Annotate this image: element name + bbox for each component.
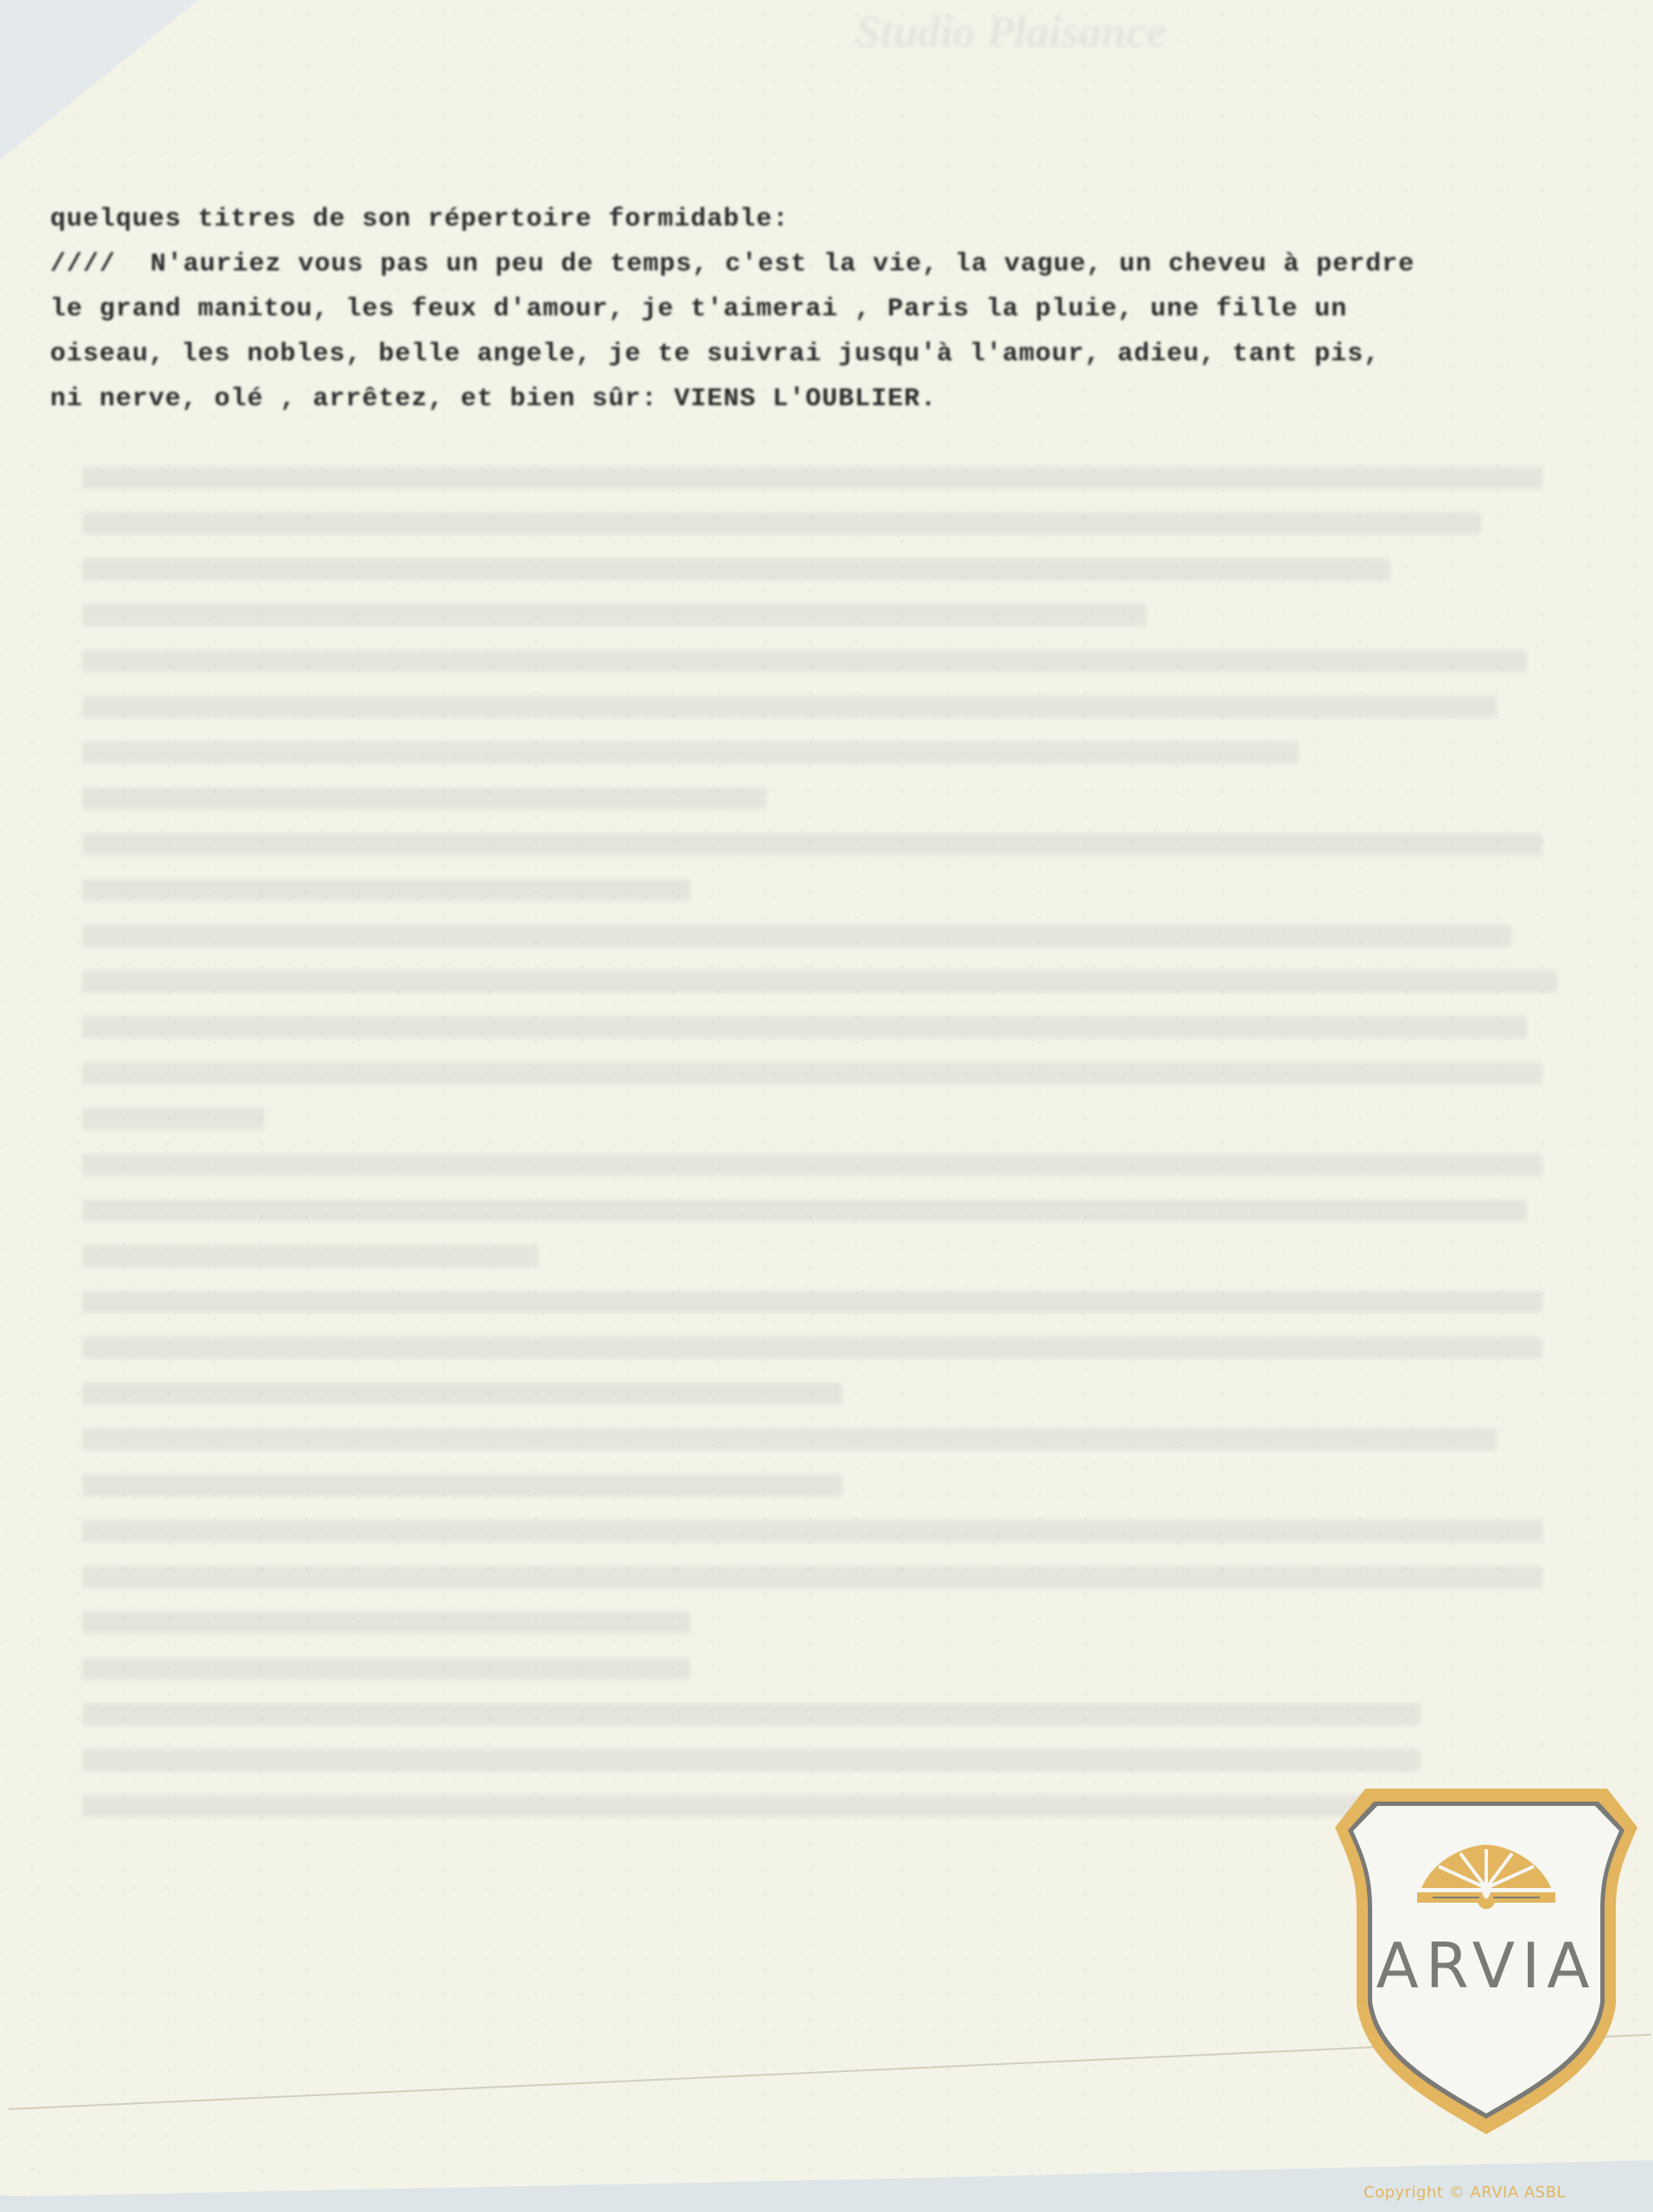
arvia-watermark: ARVIA <box>1331 1780 1642 2143</box>
text-line-4: ni nerve, olé , arrêtez, et bien sûr: VI… <box>50 377 1605 422</box>
typed-text-block: quelques titres de son répertoire formid… <box>50 197 1605 422</box>
strike-marker: //// <box>50 250 116 279</box>
heading-line: quelques titres de son répertoire formid… <box>50 197 1605 242</box>
letterhead-bleed-through: Studio Plaisance <box>855 7 1167 58</box>
bleed-through-text <box>82 467 1603 1840</box>
svg-text:ARVIA: ARVIA <box>1376 1929 1596 2002</box>
text-line-3: oiseau, les nobles, belle angele, je te … <box>50 332 1605 377</box>
copyright-notice: Copyright © ARVIA ASBL <box>1364 2183 1566 2202</box>
text-line-1: ////N'auriez vous pas un peu de temps, c… <box>50 242 1605 287</box>
text-line-2: le grand manitou, les feux d'amour, je t… <box>50 287 1605 332</box>
shield-logo-icon: ARVIA <box>1331 1780 1642 2143</box>
